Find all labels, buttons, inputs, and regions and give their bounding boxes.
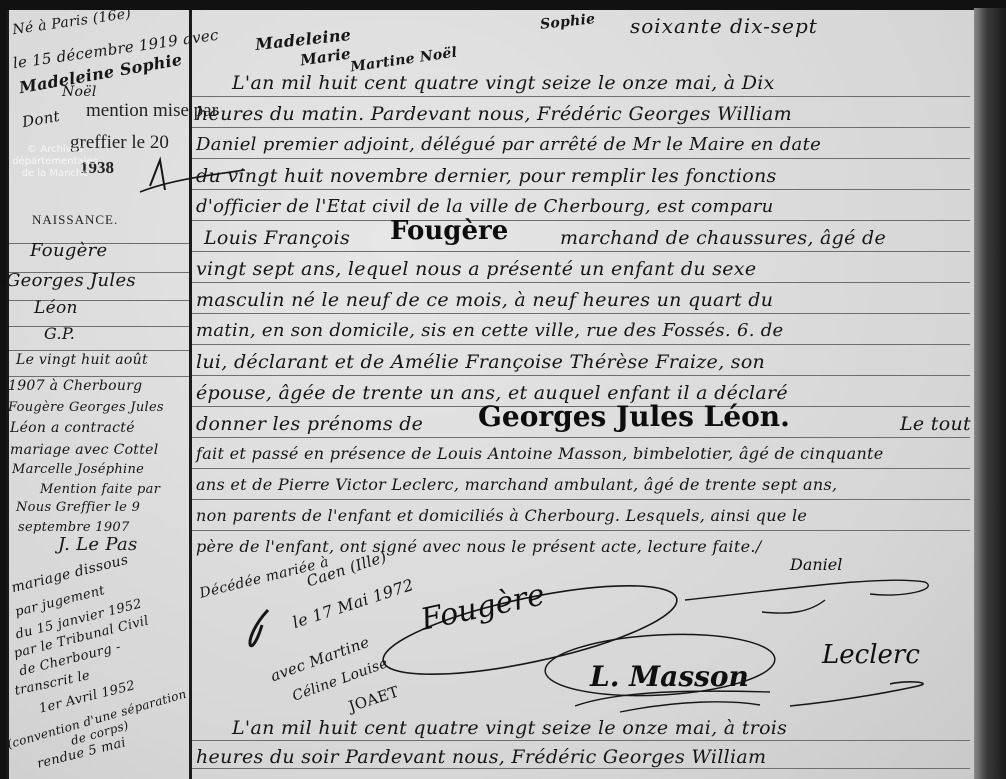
signature-witness-masson: L. Masson — [590, 660, 749, 693]
next-act-line-1: L'an mil huit cent quatre vingt seize le… — [232, 717, 787, 739]
next-act-line-2: heures du soir Pardevant nous, Frédéric … — [196, 746, 766, 768]
signature-officer: Daniel — [790, 555, 842, 574]
signature-witness-leclerc: Leclerc — [822, 640, 920, 670]
